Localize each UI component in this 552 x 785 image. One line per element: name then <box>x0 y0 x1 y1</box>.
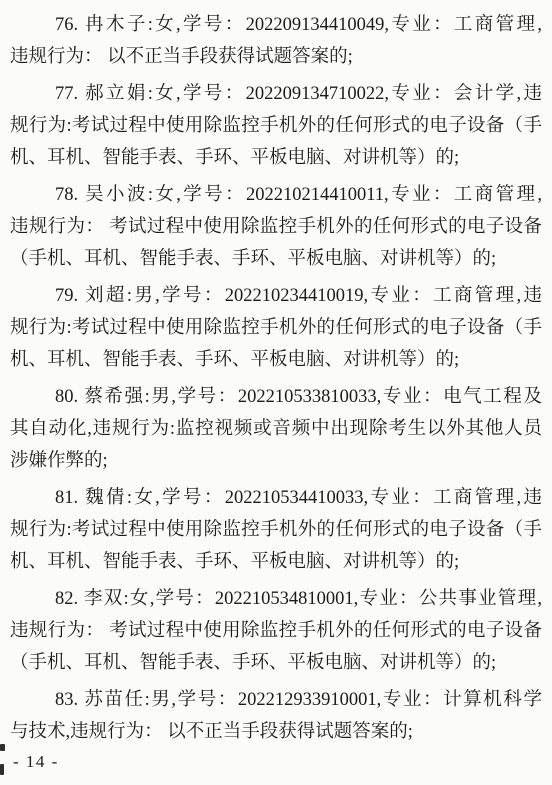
entry-line: 83. 苏苗任:男,学号：202212933910001,专业：计算机科学 <box>10 684 542 716</box>
entry-line: 机、耳机、智能手表、手环、平板电脑、对讲机等）的; <box>10 546 542 578</box>
entry-line: 涉嫌作弊的; <box>10 445 542 477</box>
entry-line: （手机、耳机、智能手表、手环、平板电脑、对讲机等）的; <box>10 647 542 679</box>
entry-76: 76. 冉木子:女,学号：202209134410049,专业：工商管理, 违规… <box>10 9 542 73</box>
entry-line: 与技术,违规行为： 以不正当手段获得试题答案的; <box>10 716 542 748</box>
entry-line: 76. 冉木子:女,学号：202209134410049,专业：工商管理, <box>10 9 542 41</box>
entry-line: 79. 刘超:男,学号：202210234410019,专业：工商管理,违 <box>10 280 542 312</box>
entry-line: 机、耳机、智能手表、手环、平板电脑、对讲机等）的; <box>10 344 542 376</box>
entry-line: 78. 吴小波:女,学号：202210214410011,专业：工商管理, <box>10 179 542 211</box>
entry-79: 79. 刘超:男,学号：202210234410019,专业：工商管理,违 规行… <box>10 280 542 376</box>
document-page: 76. 冉木子:女,学号：202209134410049,专业：工商管理, 违规… <box>0 0 552 785</box>
entry-line: 80. 蔡希强:男,学号：202210533810033,专业：电气工程及 <box>10 381 542 413</box>
entry-line: 机、耳机、智能手表、手环、平板电脑、对讲机等）的; <box>10 142 542 174</box>
entry-line: 81. 魏倩:女,学号：202210534410033,专业：工商管理,违 <box>10 482 542 514</box>
entry-line: 77. 郝立娟:女,学号：202209134710022,专业：会计学,违 <box>10 78 542 110</box>
entry-line: 82. 李双:女,学号：202210534810001,专业：公共事业管理, <box>10 583 542 615</box>
scan-artifact <box>0 764 4 775</box>
entry-line: （手机、耳机、智能手表、手环、平板电脑、对讲机等）的; <box>10 243 542 275</box>
entry-line: 规行为:考试过程中使用除监控手机外的任何形式的电子设备（手 <box>10 312 542 344</box>
entry-line: 规行为:考试过程中使用除监控手机外的任何形式的电子设备（手 <box>10 514 542 546</box>
entry-83: 83. 苏苗任:男,学号：202212933910001,专业：计算机科学 与技… <box>10 684 542 748</box>
entry-line: 规行为:考试过程中使用除监控手机外的任何形式的电子设备（手 <box>10 110 542 142</box>
entry-77: 77. 郝立娟:女,学号：202209134710022,专业：会计学,违 规行… <box>10 78 542 174</box>
page-number: - 14 - <box>13 752 59 772</box>
entry-78: 78. 吴小波:女,学号：202210214410011,专业：工商管理, 违规… <box>10 179 542 275</box>
entry-line: 违规行为： 考试过程中使用除监控手机外的任何形式的电子设备 <box>10 615 542 647</box>
entry-82: 82. 李双:女,学号：202210534810001,专业：公共事业管理, 违… <box>10 583 542 679</box>
scan-artifact <box>0 744 5 751</box>
entry-line: 违规行为： 考试过程中使用除监控手机外的任何形式的电子设备 <box>10 211 542 243</box>
violation-list: 76. 冉木子:女,学号：202209134410049,专业：工商管理, 违规… <box>0 0 552 748</box>
entry-line: 其自动化,违规行为:监控视频或音频中出现除考生以外其他人员 <box>10 413 542 445</box>
entry-81: 81. 魏倩:女,学号：202210534410033,专业：工商管理,违 规行… <box>10 482 542 578</box>
entry-80: 80. 蔡希强:男,学号：202210533810033,专业：电气工程及 其自… <box>10 381 542 477</box>
entry-line: 违规行为： 以不正当手段获得试题答案的; <box>10 41 542 73</box>
